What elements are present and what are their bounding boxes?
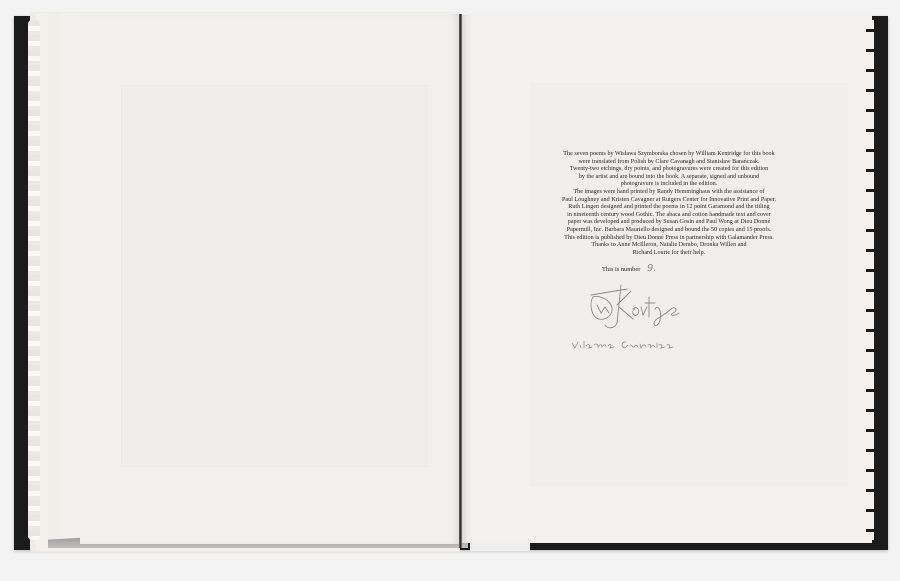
colophon-line: The seven poems by Wisława Szymborska ch… xyxy=(537,151,801,159)
deckle-edge-right xyxy=(866,20,874,540)
colophon-line: Thanks to Anne McIlleron, Natalie Dembo,… xyxy=(537,242,801,250)
poet-signature xyxy=(570,337,700,351)
artist-signature xyxy=(587,283,707,333)
book-photo: The seven poems by Wisława Szymborska ch… xyxy=(0,0,900,581)
plate-mark-left xyxy=(122,86,427,466)
edition-number-line: This is number 9. xyxy=(602,263,742,274)
colophon-line: photogravure is included in the edition. xyxy=(537,181,801,189)
colophon-line: Twenty-two etchings, dry points, and pho… xyxy=(537,166,801,174)
colophon-line: Richard Lourie for their help. xyxy=(537,250,801,258)
colophon-text: The seven poems by Wisława Szymborska ch… xyxy=(537,151,801,257)
colophon-line: paper was developed and produced by Susa… xyxy=(537,219,801,227)
right-page: The seven poems by Wisława Szymborska ch… xyxy=(462,15,872,543)
colophon-line: The images were hand printed by Randy He… xyxy=(537,189,801,197)
colophon-line: This edition is published by Dieu Donné … xyxy=(537,235,801,243)
edition-number-value: 9. xyxy=(647,263,657,274)
deckle-edge-left xyxy=(28,20,40,540)
left-page xyxy=(80,14,460,544)
colophon-line: Papermill, Inc. Barbara Mauriello design… xyxy=(537,227,801,235)
colophon-line: Ruth Lingen designed and printed the poe… xyxy=(537,204,801,212)
colophon-line: in nineteenth century wood Gothic. The a… xyxy=(537,212,801,220)
colophon-line: by the artist and are bound into the boo… xyxy=(537,174,801,182)
colophon-line: Paul Loughney and Kristen Cavagner at Ru… xyxy=(537,197,801,205)
edition-number-label: This is number xyxy=(602,266,640,273)
